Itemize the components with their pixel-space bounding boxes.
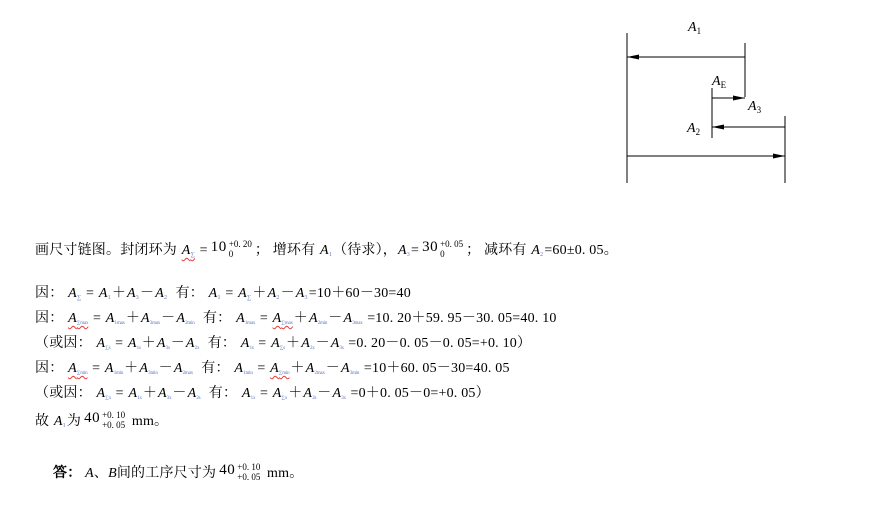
variable-subscript: 1max	[115, 321, 125, 326]
variable-subscript: 3max	[352, 321, 362, 326]
variable-subscript: 1s	[250, 346, 254, 351]
variable-subscript: 2max	[314, 371, 324, 376]
segment-v: A2	[531, 241, 543, 261]
variable-subscript: ∑s	[105, 346, 110, 351]
segment-i: B	[108, 466, 117, 481]
segment-v: A3s	[331, 334, 344, 354]
arrowhead-icon	[733, 96, 745, 101]
segment-v: A2	[155, 284, 167, 304]
segment-t: －	[159, 361, 173, 376]
segment-t: －	[140, 286, 154, 301]
variable-subscript: 3	[407, 252, 410, 258]
segment-v: A1s	[241, 334, 254, 354]
segment-t: （待求），	[333, 243, 397, 258]
variable-subscript: ∑	[77, 295, 81, 301]
segment-d: 40+0. 10+0. 05	[219, 468, 260, 487]
arrowhead-icon	[773, 154, 785, 159]
segment-t: =	[88, 361, 104, 376]
segment-v: A2min	[309, 309, 327, 329]
segment-v: A1	[209, 284, 221, 304]
formula-line-intro: 画尺寸链图。封闭环为 A∑ =10+0. 200； 增环有 A1（待求），A3=…	[35, 241, 618, 262]
formula-line-answer: 答： A、B间的工序尺寸为40+0. 10+0. 05 mm。	[53, 464, 303, 485]
segment-v: A3	[398, 241, 410, 261]
formula-line-lower-deviation: （或因： A∑x = A1x＋A3x－A2s 有： A1x = A∑x＋A2s－…	[35, 384, 490, 404]
segment-t: 有：	[168, 286, 208, 301]
formula-line-min: 因： A∑min = A1min＋A3min－A2max 有： A1min = …	[35, 359, 510, 379]
variable-subscript: 1x	[251, 396, 256, 401]
segment-v: A3min	[139, 359, 157, 379]
segment-t: 因：	[35, 286, 67, 301]
variable-subscript: ∑min	[77, 371, 88, 376]
variable-subscript: 3x	[341, 396, 346, 401]
segment-t: －	[316, 336, 330, 351]
segment-t: 有：	[201, 386, 241, 401]
segment-t: =	[254, 361, 270, 376]
segment-v: A∑	[68, 284, 81, 304]
segment-t: ＋	[124, 361, 138, 376]
segment-t: ＋	[290, 361, 304, 376]
segment-v: A1	[99, 284, 111, 304]
segment-t: =	[111, 336, 127, 351]
segment-t: ＋	[143, 386, 157, 401]
segment-t: 间的工序尺寸为	[117, 466, 216, 481]
segment-t: 有：	[194, 361, 234, 376]
segment-t: =	[89, 311, 105, 326]
segment-v: A∑	[182, 241, 195, 261]
segment-v: A2x	[301, 334, 314, 354]
segment-v: A∑max	[68, 309, 88, 329]
segment-t: ＋	[126, 311, 140, 326]
variable-subscript: 3	[305, 295, 308, 301]
segment-v: A1	[320, 241, 332, 261]
segment-v: A1max	[106, 309, 125, 329]
label-a1: A1	[687, 20, 701, 36]
segment-v: A1x	[242, 384, 255, 404]
segment-v: A2max	[174, 359, 193, 379]
segment-t: ； 增环有	[255, 243, 319, 258]
variable-subscript: 2min	[318, 321, 327, 326]
segment-d: 30+0. 050	[422, 245, 463, 264]
segment-t: mm。	[263, 466, 303, 481]
variable-subscript: 3x	[167, 396, 172, 401]
segment-t: 因：	[35, 311, 67, 326]
segment-v: A3x	[332, 384, 345, 404]
segment-v: A∑max	[273, 309, 293, 329]
label-a2: A2	[686, 121, 700, 137]
segment-v: A1	[54, 412, 66, 432]
segment-d: 10+0. 200	[211, 245, 252, 264]
label-a3: A3	[747, 99, 762, 115]
segment-b: 答：	[53, 466, 81, 481]
segment-v: A3s	[157, 334, 170, 354]
variable-subscript: 3s	[166, 346, 170, 351]
variable-subscript: 1min	[114, 371, 123, 376]
variable-subscript: ∑max	[281, 321, 292, 326]
segment-t: =60±0. 05。	[544, 243, 618, 258]
segment-v: A2x	[186, 334, 199, 354]
segment-t: －	[171, 336, 185, 351]
formula-line-max: 因： A∑max = A1max＋A3max－A2min 有： A1max = …	[35, 309, 557, 329]
segment-v: A∑x	[273, 384, 287, 404]
segment-t: －	[317, 386, 331, 401]
variable-subscript: 2s	[196, 396, 200, 401]
variable-subscript: 1s	[137, 346, 141, 351]
segment-v: A3x	[158, 384, 171, 404]
variable-subscript: 1min	[243, 371, 252, 376]
segment-t: mm。	[128, 414, 168, 429]
variable-subscript: ∑s	[280, 346, 285, 351]
variable-subscript: 3	[136, 295, 139, 301]
segment-t: 因：	[35, 361, 67, 376]
dimension-chain-diagram: A1 AE A3 A2	[600, 0, 810, 195]
segment-t: 有：	[200, 336, 240, 351]
segment-t: =	[255, 336, 271, 351]
segment-v: A2min	[176, 309, 194, 329]
variable-subscript: 2	[164, 295, 167, 301]
segment-v: A∑min	[68, 359, 87, 379]
segment-t: －	[281, 286, 295, 301]
variable-subscript: ∑x	[105, 396, 111, 401]
segment-v: A3	[127, 284, 139, 304]
segment-t: 画尺寸链图。封闭环为	[35, 243, 181, 258]
segment-t: =10＋60－30=40	[309, 286, 411, 301]
diagram-labels: A1 AE A3 A2	[686, 20, 762, 137]
segment-t: =	[411, 243, 419, 258]
segment-t: 有：	[196, 311, 236, 326]
segment-v: A∑	[238, 284, 251, 304]
segment-v: A3max	[141, 309, 160, 329]
segment-v: A2s	[303, 384, 316, 404]
variable-subscript: 2s	[312, 396, 316, 401]
segment-t: =	[256, 311, 272, 326]
segment-t: ＋	[286, 336, 300, 351]
segment-t: （或因：	[35, 386, 96, 401]
variable-subscript: 2	[540, 252, 543, 258]
formula-line-upper-deviation: （或因： A∑s = A1s＋A3s－A2x 有： A1s = A∑s＋A2x－…	[35, 334, 531, 354]
segment-v: A∑min	[270, 359, 289, 379]
segment-t: ； 减环有	[466, 243, 530, 258]
segment-t: 故	[35, 414, 53, 429]
segment-v: A1min	[234, 359, 252, 379]
segment-v: A1max	[236, 309, 255, 329]
segment-t: =0＋0. 05－0=+0. 05）	[347, 386, 490, 401]
variable-subscript: 2max	[183, 371, 193, 376]
variable-subscript: 1	[108, 295, 111, 301]
variable-subscript: ∑x	[282, 396, 288, 401]
segment-t: =0. 20－0. 05－0. 05=+0. 10）	[345, 336, 532, 351]
segment-v: A2s	[188, 384, 201, 404]
variable-subscript: ∑	[247, 295, 251, 301]
segment-t: （或因：	[35, 336, 96, 351]
segment-t: －	[161, 311, 175, 326]
variable-subscript: ∑max	[77, 321, 88, 326]
segment-t: =	[222, 286, 238, 301]
segment-t: 为	[67, 414, 81, 429]
variable-subscript: ∑min	[279, 371, 290, 376]
segment-v: A1min	[105, 359, 123, 379]
segment-v: A2	[268, 284, 280, 304]
segment-t: －	[326, 361, 340, 376]
segment-t: =10＋60. 05－30=40. 05	[360, 361, 510, 376]
segment-v: A1s	[128, 334, 141, 354]
segment-v: A2max	[306, 359, 325, 379]
segment-v: A∑x	[97, 384, 111, 404]
variable-subscript: 2	[276, 295, 279, 301]
variable-subscript: ∑	[190, 252, 194, 258]
variable-subscript: 2min	[185, 321, 194, 326]
segment-t: ＋	[288, 386, 302, 401]
formula-line-conclusion: 故 A1为40+0. 10+0. 05 mm。	[35, 412, 168, 433]
segment-v: A∑s	[97, 334, 111, 354]
segment-v: A3max	[343, 309, 362, 329]
arrowhead-icon	[627, 55, 639, 60]
segment-t: =	[82, 286, 98, 301]
segment-t: =	[256, 386, 272, 401]
segment-t: 、	[94, 466, 108, 481]
segment-t: －	[172, 386, 186, 401]
segment-v: A3min	[341, 359, 359, 379]
segment-t: ＋	[142, 336, 156, 351]
variable-subscript: 1	[329, 252, 332, 258]
variable-subscript: 1	[63, 423, 66, 429]
segment-t: =	[112, 386, 128, 401]
variable-subscript: 3max	[150, 321, 160, 326]
formula-line-nominal: 因： A∑ = A1＋A3－A2 有： A1 = A∑＋A2－A3=10＋60－…	[35, 284, 411, 304]
variable-subscript: 3s	[340, 346, 344, 351]
variable-subscript: 3min	[350, 371, 359, 376]
segment-v: A1x	[128, 384, 141, 404]
variable-subscript: 3min	[148, 371, 157, 376]
variable-subscript: 2x	[195, 346, 200, 351]
segment-t: －	[328, 311, 342, 326]
segment-t: =	[196, 243, 208, 258]
segment-v: A3	[296, 284, 308, 304]
diagram-lines	[627, 33, 785, 183]
variable-subscript: 1	[217, 295, 220, 301]
variable-subscript: 2x	[310, 346, 315, 351]
variable-subscript: 1x	[137, 396, 142, 401]
document-page: A1 AE A3 A2 画尺寸链图。封闭环为 A∑ =10+0. 200； 增环…	[0, 0, 880, 510]
arrowhead-icon	[712, 125, 724, 130]
segment-v: A∑s	[271, 334, 285, 354]
segment-t: ＋	[294, 311, 308, 326]
segment-t: ＋	[252, 286, 266, 301]
variable-subscript: 1max	[245, 321, 255, 326]
segment-t: =10. 20＋59. 95－30. 05=40. 10	[364, 311, 557, 326]
segment-d: 40+0. 10+0. 05	[84, 416, 125, 435]
label-ae: AE	[711, 74, 727, 90]
segment-i: A	[85, 466, 94, 481]
segment-t: ＋	[112, 286, 126, 301]
